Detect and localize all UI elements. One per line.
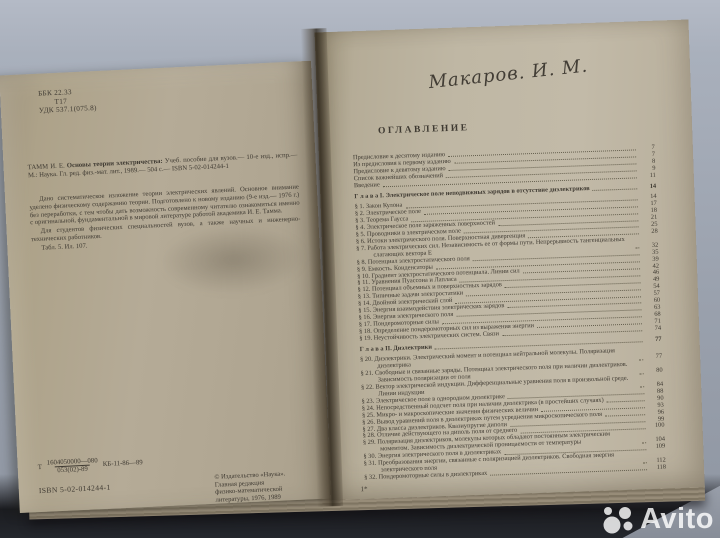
- toc-list: Предисловие к десятому изданию7Из предис…: [353, 145, 666, 482]
- toc-heading: ОГЛАВЛЕНИЕ: [378, 123, 470, 136]
- library-codes: ББК 22.33 Т17 УДК 537.1(075.8): [38, 87, 97, 115]
- handwritten-owner-name: Макаров. И. М.: [428, 56, 590, 94]
- print-code-suffix: КБ-11-86—89: [103, 459, 143, 468]
- avito-logo-icon: [601, 505, 635, 535]
- toc-page-number: 77: [645, 336, 661, 343]
- print-code-fraction: 1604050000—080 053(02)-89: [47, 457, 99, 474]
- print-order-code: Т 1604050000—080 053(02)-89 КБ-11-86—89: [37, 455, 143, 475]
- print-code-prefix: Т: [38, 464, 42, 471]
- toc-page-number: 14: [640, 183, 656, 190]
- left-page-imprint: ББК 22.33 Т17 УДК 537.1(075.8) ТАММ И. Е…: [0, 61, 332, 513]
- dot-leader: [490, 470, 647, 476]
- isbn: ISBN 5-02-014244-1: [39, 483, 111, 495]
- open-book: ББК 22.33 Т17 УДК 537.1(075.8) ТАММ И. Е…: [0, 15, 720, 522]
- dot-leader: [640, 373, 644, 374]
- signature-mark: 1*: [360, 485, 367, 493]
- print-code-denominator: 053(02)-89: [55, 465, 90, 475]
- dot-leader: [639, 359, 643, 360]
- toc-page-number: 74: [645, 325, 661, 332]
- toc-page-number: 80: [647, 368, 663, 375]
- toc-entry-label: Г л а в а II. Диэлектрики: [360, 344, 433, 353]
- avito-watermark: Avito: [601, 503, 714, 536]
- toc-page-number: 100: [648, 423, 664, 430]
- toc-entry-label: Введение: [354, 182, 380, 190]
- toc-page-number: 109: [649, 444, 665, 451]
- dot-leader: [642, 442, 646, 443]
- toc-page-number: 11: [640, 172, 656, 179]
- dot-leader: [635, 248, 639, 249]
- book-photo: ББК 22.33 Т17 УДК 537.1(075.8) ТАММ И. Е…: [0, 0, 720, 538]
- right-page-contents: Макаров. И. М. ОГЛАВЛЕНИЕ Предисловие к …: [315, 20, 705, 501]
- toc-page-number: 77: [646, 354, 662, 361]
- toc-page-number: 118: [650, 464, 666, 471]
- dot-leader: [643, 463, 647, 464]
- bibliographic-citation: ТАММ И. Е. Основы теории электричества: …: [27, 152, 297, 181]
- toc-page-number: 28: [642, 229, 658, 236]
- dot-leader: [502, 330, 642, 336]
- dot-leader: [640, 387, 644, 388]
- avito-wordmark: Avito: [640, 503, 714, 536]
- dot-leader: [593, 188, 638, 191]
- udk-code: УДК 537.1(075.8): [39, 104, 97, 115]
